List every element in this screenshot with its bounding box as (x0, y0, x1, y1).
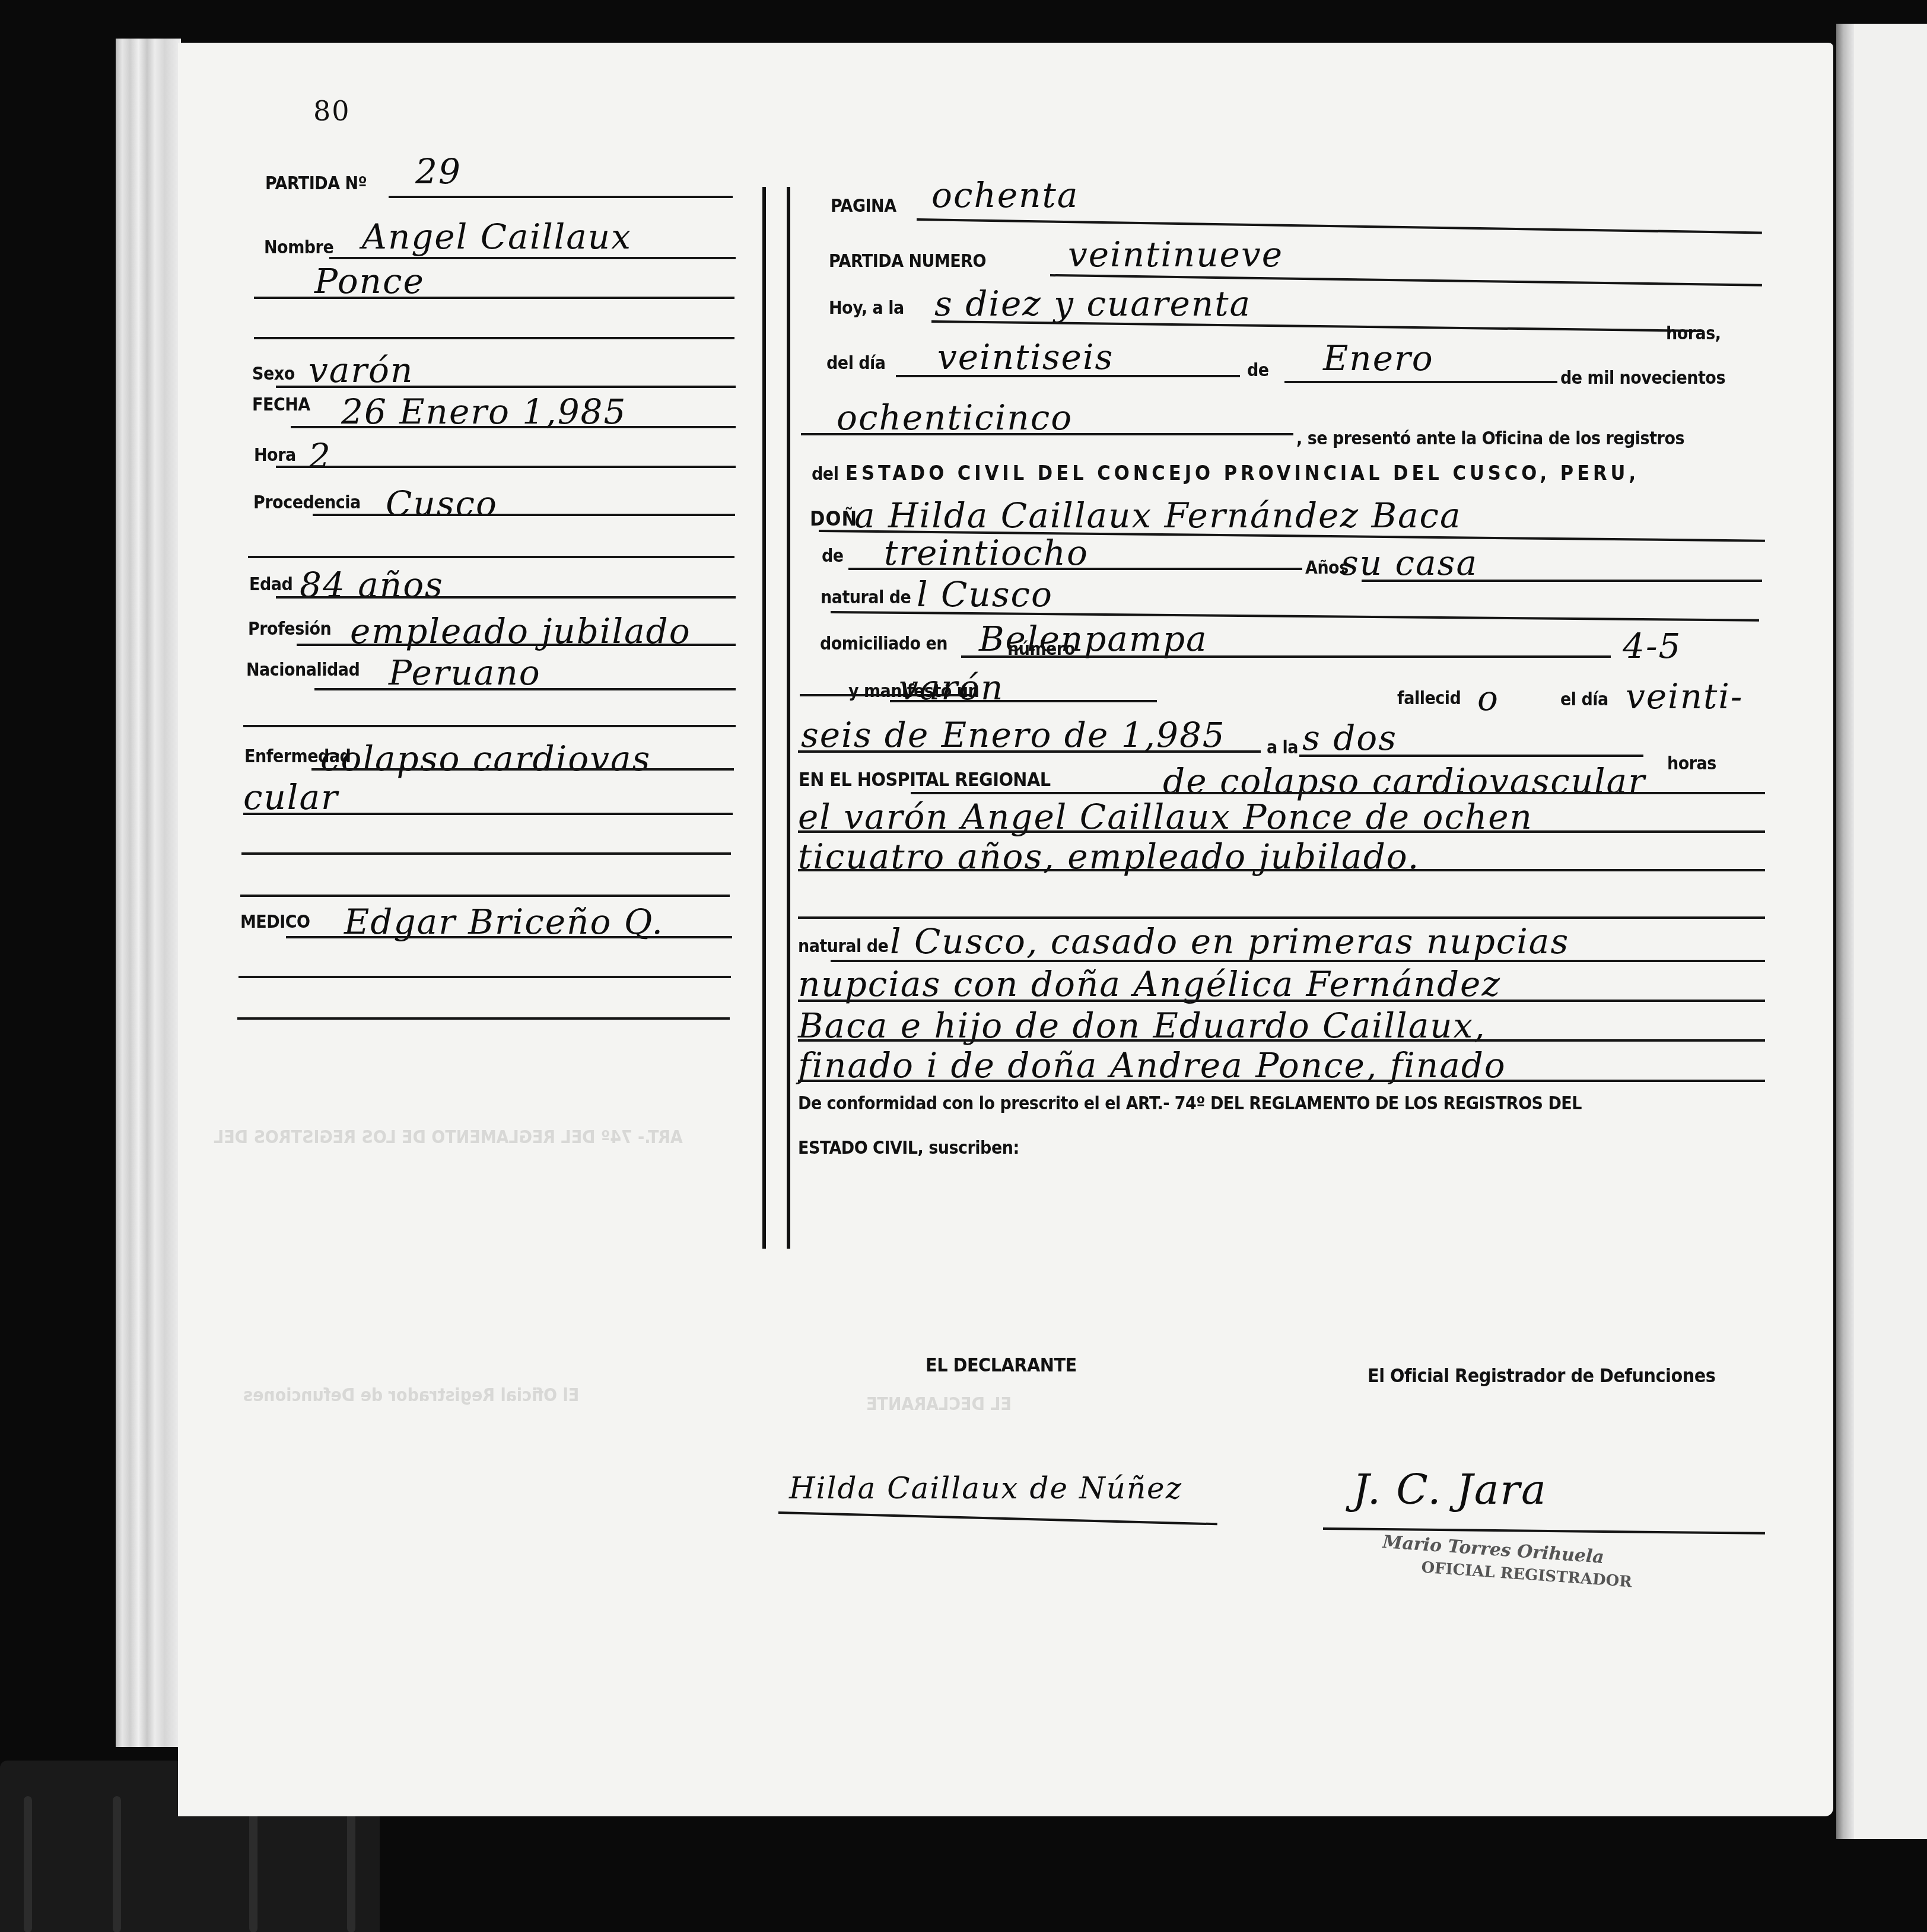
form-line (286, 936, 732, 938)
form-line (237, 1017, 730, 1020)
domiciliado-label: domiciliado en (820, 634, 947, 654)
hora-label: Hora (254, 445, 296, 466)
se-presento-text: , se presentó ante la Oficina de los reg… (1296, 428, 1684, 449)
enfermedad-value-continued: cular (243, 777, 339, 817)
bleed-through-text: ART.- 74º DEL REGLAMENTO DE LOS REGISTRO… (214, 1127, 683, 1148)
fallecido-label: fallecid (1397, 688, 1461, 709)
form-line (297, 644, 736, 646)
form-line (890, 700, 1157, 702)
de-edad-label: de (822, 546, 844, 566)
form-line (276, 596, 736, 599)
del-dia-label: del día (826, 353, 886, 374)
edad-declarante-value: treintiocho (884, 533, 1089, 573)
form-line (313, 514, 735, 516)
anos-value: su casa (1341, 543, 1478, 583)
form-line (240, 895, 730, 897)
fallecido-value: o (1477, 678, 1499, 718)
natural-de-label: natural de (821, 587, 911, 608)
estado-civil-heading: ESTADO CIVIL DEL CONCEJO PROVINCIAL DEL … (845, 461, 1639, 485)
conformidad-text-continued: ESTADO CIVIL, suscriben: (798, 1138, 1019, 1158)
nacionalidad-value: Peruano (389, 653, 541, 693)
form-line (291, 426, 736, 428)
page-stack-edge (116, 39, 181, 1747)
hora-registro-value: s diez y cuarenta (934, 284, 1251, 324)
form-line (311, 768, 734, 771)
natural-de-label: natural de (798, 936, 888, 957)
horas-label: horas (1667, 753, 1716, 774)
oficial-signature: J. C. Jara (1353, 1465, 1547, 1514)
form-line (911, 792, 1765, 794)
declarante-title: EL DECLARANTE (926, 1354, 1077, 1376)
form-line (1299, 755, 1643, 757)
pagina-label: PAGINA (831, 196, 896, 217)
column-divider (762, 187, 766, 1249)
page-gutter-shadow (1836, 24, 1854, 1839)
binder-rib (24, 1796, 32, 1932)
form-line (239, 976, 731, 978)
binder-rib (249, 1796, 257, 1932)
hospital-label: EN EL HOSPITAL REGIONAL (799, 768, 1051, 791)
anio-palabras-value: ochenticinco (837, 397, 1073, 438)
mes-value: Enero (1323, 338, 1434, 378)
profesion-label: Profesión (248, 619, 331, 639)
bleed-through-text: El Oficial Registrador de Defunciones (243, 1385, 579, 1406)
form-line (254, 337, 734, 339)
form-line (896, 375, 1240, 377)
form-line (798, 1080, 1765, 1082)
fecha-defuncion-value: seis de Enero de 1,985 (801, 715, 1226, 755)
form-line (801, 433, 1293, 435)
form-line (798, 1000, 1765, 1002)
nombre-value-continued: Ponce (314, 261, 425, 301)
form-line (798, 830, 1765, 833)
declarante-name-value: a Hilda Caillaux Fernández Baca (854, 495, 1462, 536)
declarante-signature: Hilda Caillaux de Núñez (789, 1471, 1182, 1506)
hora-value: 2 (309, 436, 332, 476)
page-number: 80 (313, 95, 351, 127)
bleed-through-text: EL DECLARANTE (866, 1394, 1012, 1415)
form-line (248, 556, 734, 558)
procedencia-value: Cusco (386, 483, 498, 524)
form-line (241, 852, 731, 855)
edad-value: 84 años (300, 565, 444, 605)
nombre-value: Angel Caillaux (362, 217, 632, 257)
partida-value: 29 (415, 151, 462, 192)
form-line (243, 725, 736, 727)
nombre-label: Nombre (264, 237, 333, 258)
a-la-label: a la (1267, 737, 1298, 758)
natural-estado-civil-value: l Cusco, casado en primeras nupcias (890, 921, 1569, 962)
form-line (831, 960, 1765, 962)
numero-value: 4-5 (1623, 626, 1681, 666)
de-label: de (1247, 360, 1269, 381)
form-line (798, 916, 1765, 919)
column-divider (787, 187, 790, 1249)
sexo-value: varón (309, 350, 414, 390)
hora-defuncion-value: s dos (1302, 718, 1397, 758)
nacionalidad-label: Nacionalidad (246, 660, 360, 680)
binder-rib (113, 1796, 121, 1932)
horas-label: horas, (1666, 323, 1721, 344)
partida-numero-label: PARTIDA NUMERO (829, 251, 986, 272)
family-line: nupcias con doña Angélica Fernández (798, 964, 1501, 1004)
procedencia-label: Procedencia (253, 492, 361, 513)
el-dia-label: el día (1560, 689, 1608, 710)
form-line (243, 813, 733, 815)
form-line (254, 297, 734, 299)
pagina-value: ochenta (931, 175, 1079, 215)
form-line (848, 568, 1302, 570)
sexo-label: Sexo (252, 364, 295, 384)
form-line (1284, 381, 1557, 383)
medico-label: MEDICO (240, 912, 310, 932)
dona-label: DOÑ (810, 507, 857, 531)
oficial-title: El Oficial Registrador de Defunciones (1368, 1364, 1715, 1387)
form-line (314, 688, 736, 690)
fecha-label: FECHA (252, 394, 310, 415)
form-line (276, 386, 736, 388)
form-line (1362, 580, 1762, 582)
conformidad-text: De conformidad con lo prescrito el el AR… (798, 1093, 1582, 1114)
form-line (798, 869, 1765, 871)
del-label: del (812, 464, 838, 485)
form-line (798, 1039, 1765, 1042)
natural-de-value: l Cusco (917, 574, 1053, 615)
binder-rib (347, 1796, 355, 1932)
hoy-label: Hoy, a la (829, 298, 904, 319)
form-line (276, 466, 736, 468)
mil-novecientos-label: de mil novecientos (1560, 368, 1725, 389)
form-line (329, 257, 736, 259)
numero-label: número (1007, 639, 1075, 660)
form-line (798, 750, 1261, 753)
el-dia-value: veinti- (1626, 676, 1743, 717)
form-line (389, 196, 733, 198)
causa-value: de colapso cardiovascular (1163, 761, 1646, 801)
partida-label: PARTIDA Nº (265, 173, 367, 194)
partida-numero-value: veintinueve (1068, 234, 1283, 275)
enfermedad-value: colapso cardiovas (320, 739, 651, 779)
edad-label: Edad (249, 574, 292, 595)
dia-value: veintiseis (937, 337, 1114, 377)
